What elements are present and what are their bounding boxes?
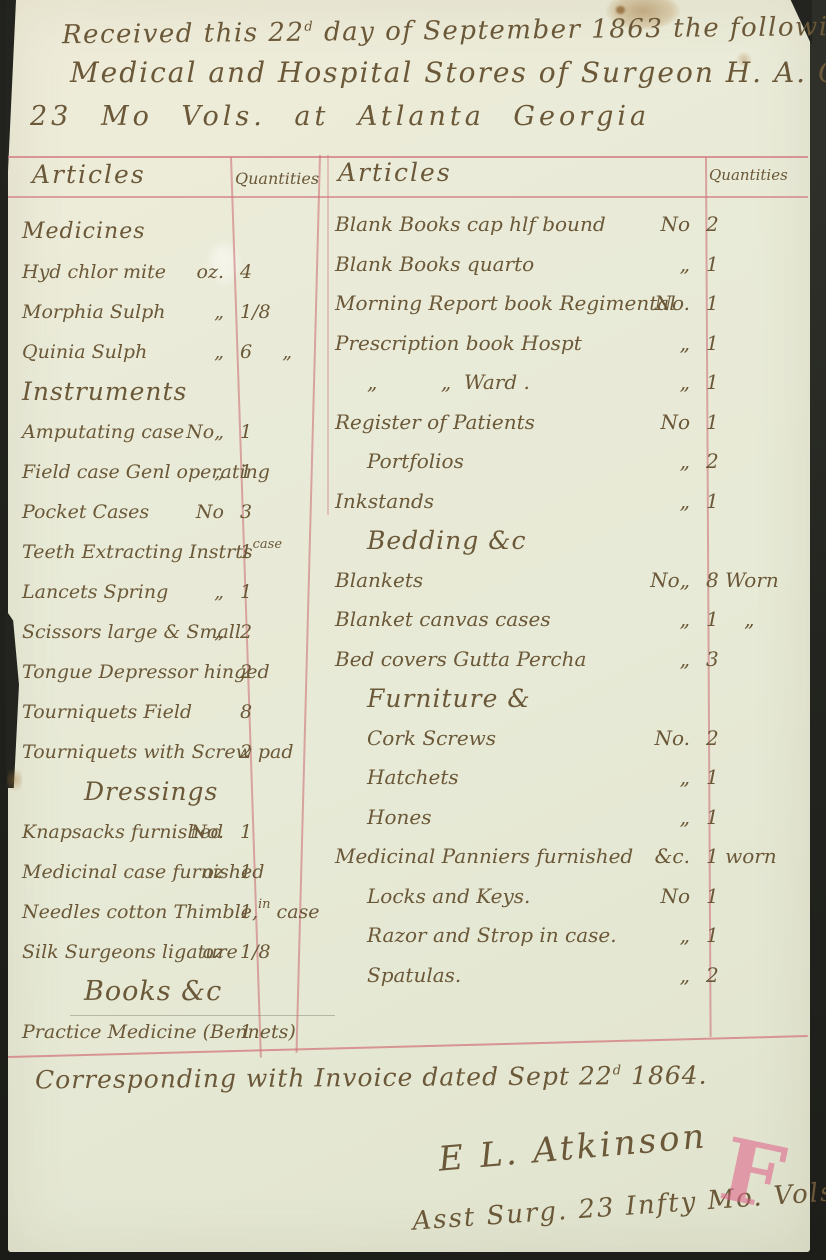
table-row: „ „ Ward .„1 — [335, 363, 800, 403]
item-text: Quinia Sulph — [22, 341, 147, 363]
item-quantity: 4 — [240, 252, 310, 292]
table-row: Practice Medicine (Bennets)1 — [22, 1012, 310, 1052]
item-label: Hyd chlor mite — [22, 252, 194, 295]
heading-line: Medical and Hospital Stores of Surgeon H… — [70, 56, 826, 89]
item-unit: „ — [660, 363, 706, 403]
table-row: Bed covers Gutta Percha„3 — [335, 640, 800, 680]
item-unit: „ — [660, 324, 706, 364]
item-text: Medicines — [22, 219, 146, 244]
item-text: Blank Books cap hlf bound — [335, 212, 606, 236]
item-unit: „ — [194, 572, 240, 612]
item-quantity: 1 „ — [706, 600, 800, 640]
table-row: Medicinal case furnishedoz1 — [22, 852, 310, 892]
item-label: Medicines — [22, 212, 194, 255]
item-label: Bed covers Gutta Percha — [335, 640, 660, 683]
table-row: Medicines — [22, 212, 310, 252]
item-unit: &c. — [655, 837, 706, 877]
item-label: Knapsacks furnished — [22, 812, 190, 855]
item-label: Locks and Keys. — [335, 877, 660, 920]
item-text: Inkstands — [335, 489, 434, 513]
item-label: Pocket Cases — [22, 492, 194, 535]
scanned-document: Received this 22d day of September 1863 … — [0, 0, 826, 1260]
item-label: Scissors large & Small — [22, 612, 194, 655]
table-row: Knapsacks furnishedNo.1 — [22, 812, 310, 852]
item-text: Prescription book Hospt — [335, 331, 582, 355]
item-text: Hyd chlor mite — [22, 261, 166, 283]
item-text: Bedding &c — [367, 526, 526, 555]
item-label: Medicinal Panniers furnished — [335, 837, 655, 880]
item-text: Portfolios — [367, 449, 464, 473]
item-text: Furniture & — [367, 684, 531, 713]
item-label: Lancets Spring — [22, 572, 194, 615]
heading-text: 23 Mo Vols. at Atlanta Georgia — [30, 101, 650, 132]
item-unit: „ — [194, 612, 240, 652]
item-unit: No„ — [650, 561, 706, 601]
item-label: Tongue Depressor hinged — [22, 652, 194, 695]
item-unit: „ — [194, 452, 240, 492]
ruled-line-vertical-center — [327, 155, 329, 515]
item-quantity: 3 — [240, 492, 310, 532]
item-quantity: 1 worn — [706, 837, 800, 877]
left-quantities-header: Quantities — [235, 169, 319, 188]
item-label: Blankets — [335, 561, 650, 604]
item-quantity: 1 — [240, 572, 310, 612]
item-quantity: 1 — [240, 852, 310, 892]
item-label: Silk Surgeons ligature — [22, 932, 194, 975]
item-unit: oz — [194, 932, 240, 972]
table-row: Razor and Strop in case.„1 — [335, 916, 800, 956]
item-unit: „ — [194, 332, 240, 372]
item-text: Tongue Depressor hinged — [22, 661, 270, 683]
item-text: „ „ Ward . — [367, 370, 530, 394]
footer-superscript: d — [613, 1063, 622, 1078]
item-unit: No — [660, 205, 706, 245]
item-label: Morning Report book Regimental — [335, 284, 654, 327]
item-quantity: 1 — [706, 877, 800, 917]
table-row: Dressings — [22, 772, 310, 812]
table-row: Instruments — [22, 372, 310, 412]
item-text: Bed covers Gutta Percha — [335, 647, 586, 671]
table-row: Tongue Depressor hinged2 — [22, 652, 310, 692]
item-unit: oz — [194, 852, 240, 892]
item-quantity: 1 — [706, 363, 800, 403]
table-row: Pocket CasesNo3 — [22, 492, 310, 532]
item-quantity: 1 — [706, 482, 800, 522]
item-unit: „ — [194, 292, 240, 332]
table-row: Morphia Sulph„1/8 — [22, 292, 310, 332]
item-text: Instruments — [22, 377, 187, 406]
item-label: Medicinal case furnished — [22, 852, 194, 895]
item-text: Tourniquets Field — [22, 701, 192, 723]
item-unit: „ — [660, 600, 706, 640]
footer-text: Corresponding with Invoice dated Sept 22 — [35, 1061, 613, 1094]
item-quantity: 1 — [240, 1012, 310, 1052]
item-unit: „ — [660, 640, 706, 680]
table-row: Morning Report book RegimentalNo.1 — [335, 284, 800, 324]
table-row: Blank Books cap hlf boundNo2 — [335, 205, 800, 245]
item-label: Spatulas. — [335, 956, 660, 999]
table-row: Blank Books quarto„1 — [335, 245, 800, 285]
item-quantity: 1 — [706, 324, 800, 364]
table-row: Furniture & — [335, 679, 800, 719]
item-unit: No„ — [186, 412, 240, 452]
item-unit: „ — [660, 798, 706, 838]
item-label: Razor and Strop in case. — [335, 916, 660, 959]
item-label: Bedding &c — [335, 521, 660, 566]
item-text: Locks and Keys. — [367, 884, 530, 908]
item-label: Furniture & — [335, 679, 660, 724]
item-quantity: 2 — [240, 732, 310, 772]
item-quantity: 1 — [240, 892, 310, 932]
item-label: Blank Books quarto — [335, 245, 660, 288]
item-text: Needles cotton Thimble, — [22, 901, 258, 923]
table-row: Field case Genl operating„1 — [22, 452, 310, 492]
item-quantity: 1 — [240, 812, 310, 852]
item-text: Hatchets — [367, 765, 459, 789]
item-text: Dressings — [84, 777, 218, 806]
table-row: Needles cotton Thimble,in case1 — [22, 892, 310, 932]
item-quantity: 8 Worn — [706, 561, 800, 601]
heading-line: 23 Mo Vols. at Atlanta Georgia — [30, 101, 650, 132]
table-row: Tourniquets with Screw pad2 — [22, 732, 310, 772]
table-row: Hyd chlor miteoz.4 — [22, 252, 310, 292]
item-unit: „ — [660, 956, 706, 996]
item-label: Quinia Sulph — [22, 332, 194, 375]
item-quantity: 2 — [706, 442, 800, 482]
item-quantity: 1 — [706, 403, 800, 443]
item-label: Blank Books cap hlf bound — [335, 205, 660, 248]
heading-text: day of September 1863 the following — [314, 12, 826, 48]
item-label: „ „ Ward . — [335, 363, 660, 406]
item-unit: No — [660, 403, 706, 443]
item-unit: „ — [660, 442, 706, 482]
item-text: Register of Patients — [335, 410, 535, 434]
item-label: Morphia Sulph — [22, 292, 194, 335]
table-row: Hatchets„1 — [335, 758, 800, 798]
table-row: Prescription book Hospt„1 — [335, 324, 800, 364]
item-unit: oz. — [194, 252, 240, 292]
item-quantity: 2 — [240, 652, 310, 692]
table-row: Cork ScrewsNo.2 — [335, 719, 800, 759]
item-unit: „ — [660, 758, 706, 798]
item-text: Teeth Extracting Instrts — [22, 541, 253, 563]
item-quantity: 1 — [240, 452, 310, 492]
right-column: Blank Books cap hlf boundNo2 Blank Books… — [335, 205, 800, 995]
table-row: Scissors large & Small„2 — [22, 612, 310, 652]
item-label: Tourniquets Field — [22, 692, 194, 735]
item-label: Field case Genl operating — [22, 452, 194, 495]
ruled-line-horizontal-header — [8, 196, 808, 198]
footer-text: 1864. — [622, 1061, 708, 1091]
item-text: Books &c — [84, 976, 222, 1007]
item-label: Prescription book Hospt — [335, 324, 660, 367]
item-quantity: 2 — [706, 956, 800, 996]
item-text: Amputating case — [22, 421, 184, 443]
item-quantity: 1 — [706, 245, 800, 285]
item-quantity: 1 — [706, 284, 800, 324]
table-row: Teeth Extracting Instrtscase1 — [22, 532, 310, 572]
item-label: Cork Screws — [335, 719, 654, 762]
item-quantity: 2 — [240, 612, 310, 652]
item-label: Blanket canvas cases — [335, 600, 660, 643]
item-quantity: 6 „ — [240, 332, 310, 372]
item-text: Blank Books quarto — [335, 252, 534, 276]
table-row: Silk Surgeons ligatureoz1/8 — [22, 932, 310, 972]
item-quantity: 2 — [706, 205, 800, 245]
footer-note: Corresponding with Invoice dated Sept 22… — [35, 1061, 708, 1095]
item-text: Pocket Cases — [22, 501, 149, 523]
item-text: Hones — [367, 805, 431, 829]
item-superscript: case — [253, 537, 282, 552]
item-quantity: 2 — [706, 719, 800, 759]
item-label: Teeth Extracting Instrtscase — [22, 532, 194, 575]
item-label: Practice Medicine (Bennets) — [22, 1012, 194, 1055]
table-row: Register of PatientsNo1 — [335, 403, 800, 443]
item-superscript: in — [258, 897, 271, 912]
table-row: Tourniquets Field8 — [22, 692, 310, 732]
table-row: Bedding &c — [335, 521, 800, 561]
item-unit: „ — [660, 916, 706, 956]
item-unit: No. — [190, 812, 240, 852]
table-row: Inkstands„1 — [335, 482, 800, 522]
item-quantity: 1/8 — [240, 932, 310, 972]
item-label: Portfolios — [335, 442, 660, 485]
item-label: Needles cotton Thimble,in case — [22, 892, 194, 935]
table-row: BlanketsNo„8 Worn — [335, 561, 800, 601]
item-unit: „ — [660, 245, 706, 285]
item-label: Hones — [335, 798, 660, 841]
item-text: Blanket canvas cases — [335, 607, 551, 631]
item-text: Cork Screws — [367, 726, 496, 750]
item-quantity: 1 — [706, 916, 800, 956]
item-text: Morning Report book Regimental — [335, 291, 676, 315]
item-unit: No — [660, 877, 706, 917]
item-quantity: 1 — [706, 798, 800, 838]
item-label: Dressings — [22, 772, 194, 817]
item-label: Register of Patients — [335, 403, 660, 446]
item-text: Medicinal Panniers furnished — [335, 844, 633, 868]
item-unit: No. — [654, 284, 706, 324]
item-text: Spatulas. — [367, 963, 461, 987]
right-articles-header: Articles — [338, 158, 452, 187]
heading-text: Medical and Hospital Stores of Surgeon H… — [70, 56, 826, 89]
table-row: Books &c — [22, 972, 310, 1012]
table-row: Amputating caseNo„1 — [22, 412, 310, 452]
left-articles-header: Articles — [32, 160, 146, 189]
item-unit: No. — [654, 719, 706, 759]
heading-text: Received this 22 — [62, 18, 305, 51]
table-row: Portfolios„2 — [335, 442, 800, 482]
item-text: Blankets — [335, 568, 423, 592]
table-row: Locks and Keys.No1 — [335, 877, 800, 917]
item-label: Hatchets — [335, 758, 660, 801]
table-row: Medicinal Panniers furnished&c.1 worn — [335, 837, 800, 877]
item-quantity: 1 — [240, 412, 310, 452]
table-row: Blanket canvas cases„1 „ — [335, 600, 800, 640]
item-label: Inkstands — [335, 482, 660, 525]
heading-superscript: d — [304, 20, 314, 35]
table-row: Hones„1 — [335, 798, 800, 838]
item-unit: No — [194, 492, 240, 532]
item-unit: „ — [660, 482, 706, 522]
left-column: Medicines Hyd chlor miteoz.4 Morphia Sul… — [22, 212, 310, 1052]
item-label: Amputating case — [22, 412, 186, 455]
table-row: Quinia Sulph„6 „ — [22, 332, 310, 372]
table-row: Lancets Spring„1 — [22, 572, 310, 612]
item-label: Instruments — [22, 372, 194, 417]
item-label: Tourniquets with Screw pad — [22, 732, 194, 775]
item-quantity: 1/8 — [240, 292, 310, 332]
right-quantities-header: Quantities — [709, 166, 788, 184]
item-quantity: 8 — [240, 692, 310, 732]
item-label: Books &c — [22, 972, 194, 1017]
item-text: Morphia Sulph — [22, 301, 166, 323]
item-quantity: 1 — [706, 758, 800, 798]
table-row: Spatulas.„2 — [335, 956, 800, 996]
item-text: Razor and Strop in case. — [367, 923, 617, 947]
item-text: Lancets Spring — [22, 581, 168, 603]
item-quantity: 3 — [706, 640, 800, 680]
